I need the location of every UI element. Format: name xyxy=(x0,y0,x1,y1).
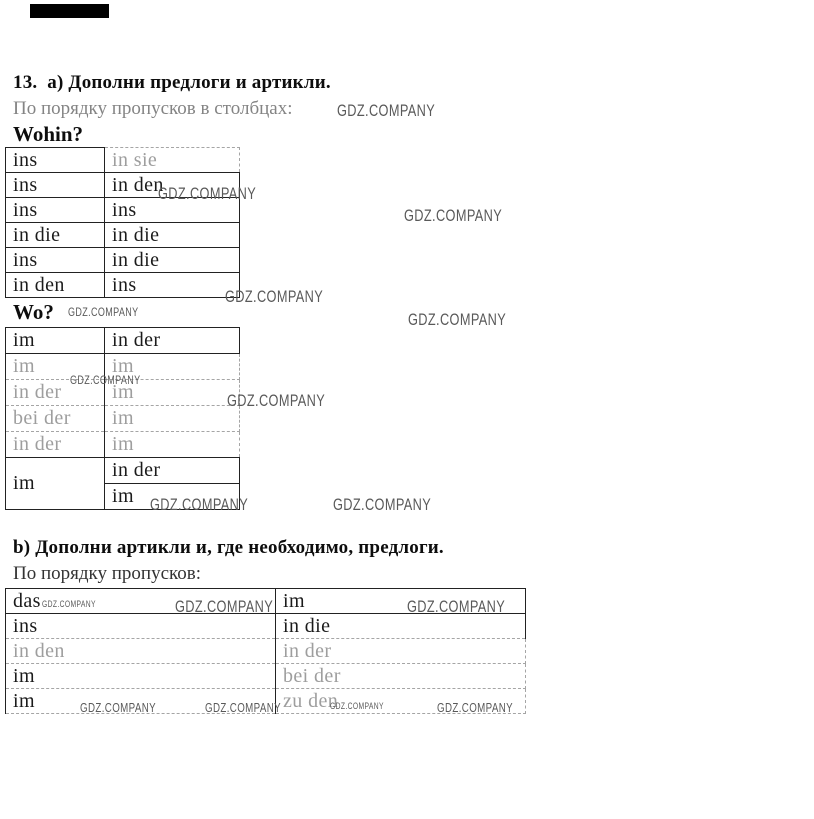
table-cell: in der xyxy=(105,458,240,484)
gdz-watermark-text: GDZ.COMPANY xyxy=(70,373,140,387)
table-row: insin die xyxy=(6,614,526,639)
table-cell: ins xyxy=(6,198,105,223)
table-cell: ins xyxy=(6,148,105,173)
table-row: in denin der xyxy=(6,639,526,664)
gdz-watermark-text: GDZ.COMPANY xyxy=(437,700,513,715)
table-cell: in die xyxy=(276,614,526,639)
section-b-title: b) Дополни артикли и, где необходимо, пр… xyxy=(13,537,444,559)
table-cell: ins xyxy=(6,248,105,273)
table-wo-grid: imin derimimin derimbei derimin derimimi… xyxy=(5,327,240,510)
table-cell: im xyxy=(6,664,276,689)
gdz-watermark-text: GDZ.COMPANY xyxy=(42,599,96,609)
gdz-watermark-text: GDZ.COMPANY xyxy=(205,700,281,715)
table-cell: in der xyxy=(105,328,240,354)
wo-heading: Wo? xyxy=(13,300,54,325)
gdz-watermark-text: GDZ.COMPANY xyxy=(158,184,256,204)
table-cell: im xyxy=(6,328,105,354)
section-a-subtitle: По порядку пропусков в столбцах: xyxy=(13,98,293,120)
table-row: insin die xyxy=(6,248,240,273)
table-cell: ins xyxy=(6,614,276,639)
gdz-watermark-text: GDZ.COMPANY xyxy=(150,495,248,515)
table-cell: bei der xyxy=(276,664,526,689)
table-cell: in den xyxy=(6,639,276,664)
gdz-watermark-text: GDZ.COMPANY xyxy=(407,597,505,617)
table-row: imin der xyxy=(6,328,240,354)
table-row: bei derim xyxy=(6,406,240,432)
table-cell: in die xyxy=(6,223,105,248)
table-cell: in der xyxy=(6,432,105,458)
gdz-watermark-text: GDZ.COMPANY xyxy=(408,310,506,330)
gdz-watermark-text: GDZ.COMPANY xyxy=(404,206,502,226)
table-row: in denins xyxy=(6,273,240,298)
table-cell: im xyxy=(6,458,105,510)
table-cell: ins xyxy=(105,273,240,298)
scan-artifact-bar xyxy=(30,4,109,18)
section-b-subtitle: По порядку пропусков: xyxy=(13,563,201,585)
table-row: imin der xyxy=(6,458,240,484)
gdz-watermark-text: GDZ.COMPANY xyxy=(330,701,384,711)
gdz-watermark-text: GDZ.COMPANY xyxy=(227,391,325,411)
scanned-answer-page: 13. a) Дополни предлоги и артикли. По по… xyxy=(0,0,814,819)
table-cell: in den xyxy=(6,273,105,298)
table-wo: imin derimimin derimbei derimin derimimi… xyxy=(5,327,240,510)
table-row: in diein die xyxy=(6,223,240,248)
table-cell: ins xyxy=(6,173,105,198)
gdz-watermark-text: GDZ.COMPANY xyxy=(175,597,273,617)
table-row: in derim xyxy=(6,432,240,458)
table-cell: in die xyxy=(105,223,240,248)
section-a-title: 13. a) Дополни предлоги и артикли. xyxy=(13,72,331,94)
table-cell: in die xyxy=(105,248,240,273)
table-row: imbei der xyxy=(6,664,526,689)
table-cell: in der xyxy=(276,639,526,664)
gdz-watermark-text: GDZ.COMPANY xyxy=(68,305,138,319)
table-cell: bei der xyxy=(6,406,105,432)
gdz-watermark-text: GDZ.COMPANY xyxy=(337,101,435,121)
table-row: insin sie xyxy=(6,148,240,173)
table-cell: in sie xyxy=(105,148,240,173)
gdz-watermark-text: GDZ.COMPANY xyxy=(225,287,323,307)
table-cell: im xyxy=(105,406,240,432)
wohin-heading: Wohin? xyxy=(13,122,83,147)
gdz-watermark-text: GDZ.COMPANY xyxy=(333,495,431,515)
table-cell: im xyxy=(105,432,240,458)
gdz-watermark-text: GDZ.COMPANY xyxy=(80,700,156,715)
table-wohin-grid: insin sieinsin deninsinsin diein dieinsi… xyxy=(5,147,240,298)
table-wohin: insin sieinsin deninsinsin diein dieinsi… xyxy=(5,147,240,298)
